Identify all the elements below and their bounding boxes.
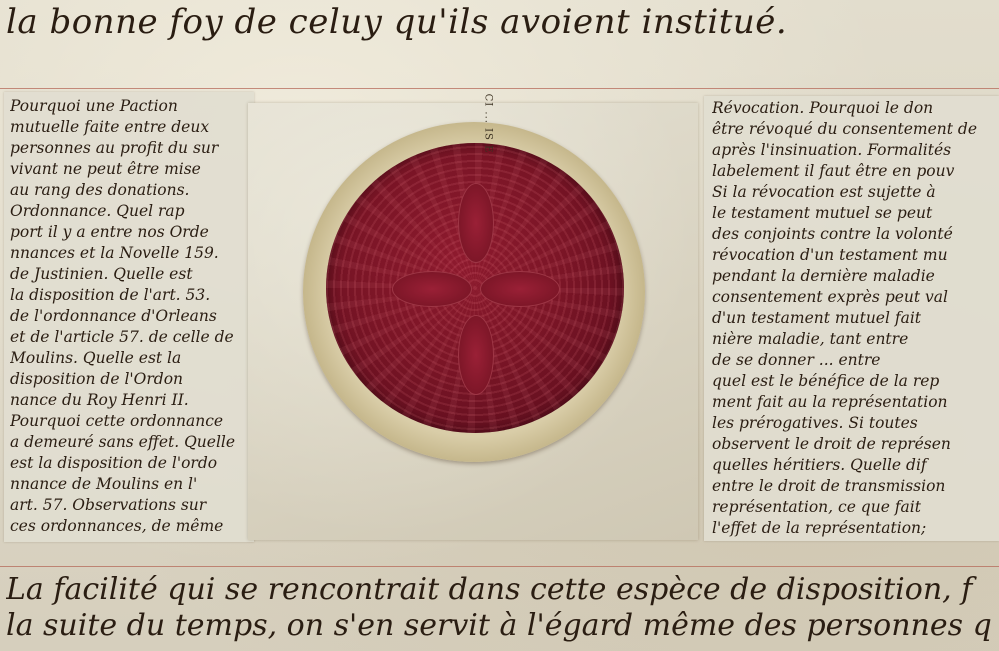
right-line: de se donner ... entre [712,350,999,371]
left-line: mutuelle faite entre deux [10,117,250,138]
left-line: de Justinien. Quelle est [10,264,250,285]
bottom-line: la suite du temps, on s'en servit à l'ég… [6,608,999,644]
left-line: a demeuré sans effet. Quelle [10,432,250,453]
left-line: nnances et la Novelle 159. [10,243,250,264]
left-line: Ordonnance. Quel rap [10,201,250,222]
left-line: art. 57. Observations sur [10,495,250,516]
left-line: Pourquoi cette ordonnance [10,411,250,432]
red-margin-rule-bottom [0,566,999,567]
right-line: représentation, ce que fait [712,497,999,518]
left-line: personnes au profit du sur [10,138,250,159]
right-line: le testament mutuel se peut [712,203,999,224]
top-handwritten-line: la bonne foy de celuy qu'ils avoient ins… [6,0,996,70]
seal-petal-top [458,183,494,263]
seal-petal-left [392,271,472,307]
right-line: quel est le bénéfice de la rep [712,371,999,392]
right-line: entre le droit de transmission [712,476,999,497]
right-line: après l'insinuation. Formalités [712,140,999,161]
left-line: nnance de Moulins en l' [10,474,250,495]
bottom-line: La facilité qui se rencontrait dans cett… [6,572,999,608]
right-line: Si la révocation est sujette à [712,182,999,203]
left-line: au rang des donations. [10,180,250,201]
left-line: la disposition de l'art. 53. [10,285,250,306]
left-line: nance du Roy Henri II. [10,390,250,411]
seal-stamp-text: CI ... IS E [482,94,493,154]
left-notes-column: Pourquoi une Paction mutuelle faite entr… [10,96,250,536]
left-line: et de l'article 57. de celle de [10,327,250,348]
left-line: Moulins. Quelle est la [10,348,250,369]
left-line: de l'ordonnance d'Orleans [10,306,250,327]
right-line: être révoqué du consentement de [712,119,999,140]
right-line: ment fait au la représentation [712,392,999,413]
red-margin-rule-top [0,88,999,89]
red-wax-seal [326,143,624,433]
seal-petal-right [480,271,560,307]
right-line: pendant la dernière maladie [712,266,999,287]
bottom-handwritten-paragraph: La facilité qui se rencontrait dans cett… [6,572,999,651]
right-notes-column: Révocation. Pourquoi le don être révoqué… [712,98,999,538]
right-line: Révocation. Pourquoi le don [712,98,999,119]
left-line: disposition de l'Ordon [10,369,250,390]
right-line: l'effet de la représentation; [712,518,999,538]
right-line: consentement exprès peut val [712,287,999,308]
left-line: Pourquoi une Paction [10,96,250,117]
left-line: est la disposition de l'ordo [10,453,250,474]
left-line: vivant ne peut être mise [10,159,250,180]
right-line: nière maladie, tant entre [712,329,999,350]
right-line: quelles héritiers. Quelle dif [712,455,999,476]
right-line: labelement il faut être en pouv [712,161,999,182]
left-line: port il y a entre nos Orde [10,222,250,243]
seal-petal-bottom [458,315,494,395]
right-line: révocation d'un testament mu [712,245,999,266]
right-line: les prérogatives. Si toutes [712,413,999,434]
right-line: observent le droit de représen [712,434,999,455]
right-line: d'un testament mutuel fait [712,308,999,329]
left-line: ces ordonnances, de même [10,516,250,536]
right-line: des conjoints contre la volonté [712,224,999,245]
